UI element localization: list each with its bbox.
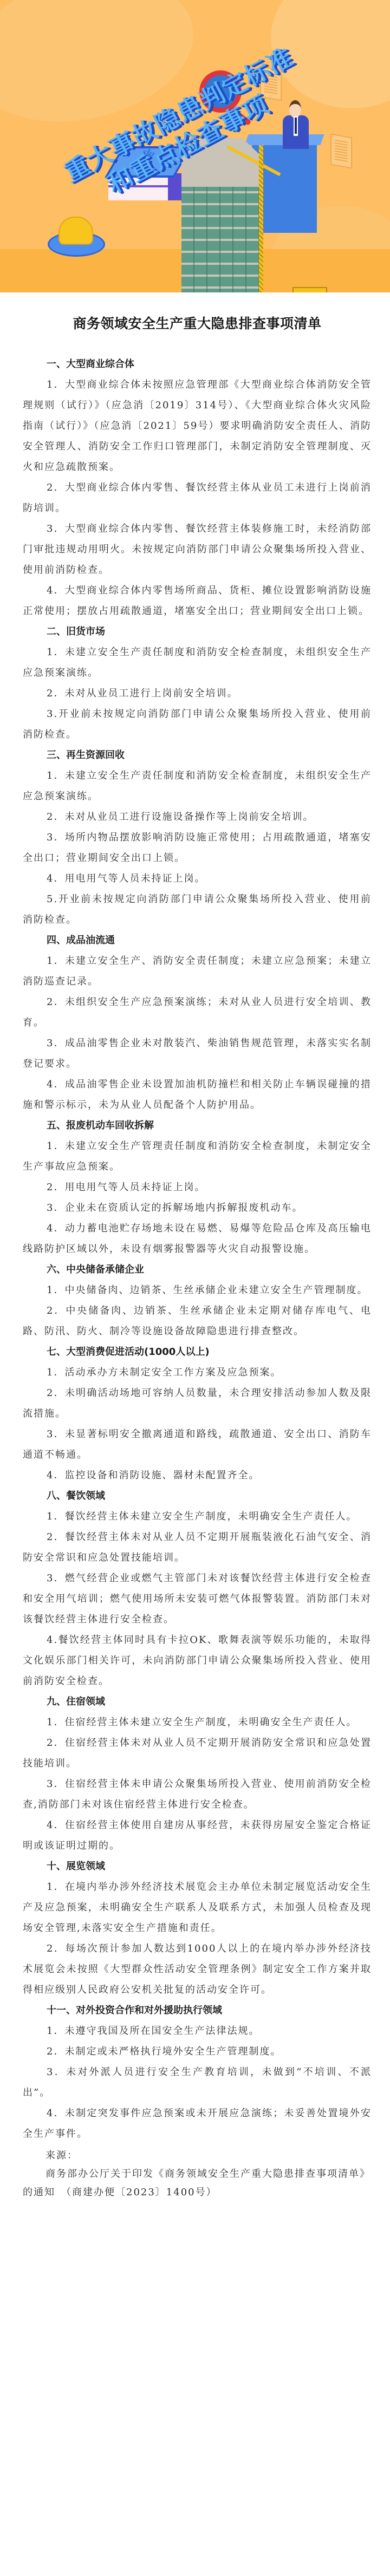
list-item: 2．住宿经营主体未对从业人员不定期开展消防安全常识和应急处置技能培训。	[23, 1733, 372, 1774]
list-item: 1．中央储备肉、边销茶、生丝承储企业未建立安全生产管理制度。	[23, 1280, 372, 1301]
building-icon	[181, 138, 263, 292]
list-item: 2．每场次预计参加人数达到1000人以上的在境内举办涉外经济技术展览会未按照《大…	[23, 1939, 372, 2000]
list-item: 3．大型商业综合体内零售、餐饮经营主体装修施工时，未经消防部门审批违规动用明火。…	[23, 519, 372, 581]
section-heading: 二、旧货市场	[23, 622, 372, 642]
list-item: 1．餐饮经营主体未建立安全生产制度，未明确安全生产责任人。	[23, 1507, 372, 1527]
list-item: 5.开业前未按规定向消防部门申请公众聚集场所投入营业、使用前消防检查。	[23, 889, 372, 930]
page-title: 商务领域安全生产重大隐患排查事项清单	[23, 292, 372, 354]
list-item: 2．未明确活动场地可容纳人员数量，未合理安排活动参加人数及限流措施。	[23, 1383, 372, 1424]
section: 十、展览领域1．在境内举办涉外经济技术展览会主办单位未制定展览活动安全生产及应急…	[23, 1856, 372, 2000]
list-item: 3．未对外派人员进行安全生产教育培训，未做到“不培训、不派出”。	[23, 2062, 372, 2103]
section-heading: 三、再生资源回收	[23, 745, 372, 766]
list-item: 1．活动承办方未制定安全工作方案及应急预案。	[23, 1362, 372, 1383]
section: 八、餐饮领域1．餐饮经营主体未建立安全生产制度，未明确安全生产责任人。2．餐饮经…	[23, 1486, 372, 1692]
list-item: 3．住宿经营主体未申请公众聚集场所投入营业、使用前消防安全检查,消防部门未对该住…	[23, 1774, 372, 1815]
list-item: 3.开业前未按规定向消防部门申请公众聚集场所投入营业、使用前消防检查。	[23, 704, 372, 745]
list-item: 1．未遵守我国及所在国安全生产法律法规。	[23, 2021, 372, 2042]
section-heading: 七、大型消费促进活动(1000人以上)	[23, 1342, 372, 1362]
section-heading: 四、成品油流通	[23, 930, 372, 951]
list-item: 2．餐饮经营主体未对从业人员不定期开展瓶装液化石油气安全、消防安全常识和应急处置…	[23, 1527, 372, 1568]
section-heading: 六、中央储备承储企业	[23, 1260, 372, 1280]
list-item: 2．未制定或未严格执行境外安全生产管理制度。	[23, 2042, 372, 2062]
section: 九、住宿领域1．住宿经营主体未建立安全生产制度，未明确安全生产责任人。2．住宿经…	[23, 1692, 372, 1856]
list-item: 1．住宿经营主体未建立安全生产制度，未明确安全生产责任人。	[23, 1712, 372, 1733]
list-item: 1．未建立安全生产管理责任制度和消防安全检查制度，未制定安全生产事故应急预案。	[23, 1136, 372, 1177]
list-item: 4．住宿经营主体使用自建房从事经营，未获得房屋安全鉴定合格证明或该证明过期的。	[23, 1815, 372, 1856]
helmet-icon	[48, 217, 102, 251]
list-item: 4.餐饮经营主体同时具有卡拉OK、歌舞表演等娱乐功能的，未取得文化娱乐部门相关许…	[23, 1630, 372, 1692]
source-citation: 商务部办公厅关于印发《商务领域安全生产重大隐患排查事项清单》的通知 （商建办便〔…	[23, 2165, 372, 2202]
list-item: 1．未建立安全生产、消防安全责任制度；未建立应急预案；未建立消防巡查记录。	[23, 951, 372, 992]
list-item: 2．未组织安全生产应急预案演练；未对从业人员进行安全培训、教育。	[23, 992, 372, 1033]
list-item: 4．未制定突发事件应急预案或未开展应急演练；未妥善处置境外安全生产事件。	[23, 2103, 372, 2144]
list-item: 2．未对从业员工进行上岗前安全培训。	[23, 683, 372, 704]
list-item: 3．企业未在资质认定的拆解场地内拆解报废机动车。	[23, 1198, 372, 1218]
list-item: 4．用电用气等人员未持证上岗。	[23, 869, 372, 889]
excavator-icon	[292, 287, 327, 292]
section-heading: 一、大型商业综合体	[23, 354, 372, 375]
crane-mast	[259, 145, 263, 292]
list-item: 2．未对从业员工进行设施设备操作等上岗前安全培训。	[23, 807, 372, 827]
list-item: 1．大型商业综合体未按照应急管理部《大型商业综合体消防安全管理规则（试行）》（应…	[23, 375, 372, 478]
list-item: 2．用电用气等人员未持证上岗。	[23, 1177, 372, 1198]
list-item: 3．燃气经营企业或燃气主管部门未对该餐饮经营主体进行安全检查和安全用气培训；燃气…	[23, 1568, 372, 1630]
list-item: 3．成品油零售企业未对散装汽、柴油销售规范管理，未落实实名制登记要求。	[23, 1033, 372, 1074]
section: 五、报废机动车回收拆解1．未建立安全生产管理责任制度和消防安全检查制度，未制定安…	[23, 1116, 372, 1260]
section-heading: 八、餐饮领域	[23, 1486, 372, 1507]
list-item: 2．大型商业综合体内零售、餐饮经营主体从业员工未进行上岗前消防培训。	[23, 478, 372, 519]
section: 七、大型消费促进活动(1000人以上)1．活动承办方未制定安全工作方案及应急预案…	[23, 1342, 372, 1486]
section: 四、成品油流通1．未建立安全生产、消防安全责任制度；未建立应急预案；未建立消防巡…	[23, 930, 372, 1116]
list-item: 2．中央储备肉、边销茶、生丝承储企业未定期对储存库电气、电路、防汛、防火、制冷等…	[23, 1301, 372, 1342]
list-item: 3．场所内物品摆放影响消防设施正常使用；占用疏散通道，堵塞安全出口；营业期间安全…	[23, 827, 372, 869]
section-heading: 五、报废机动车回收拆解	[23, 1116, 372, 1136]
list-item: 1．未建立安全生产责任制度和消防安全检查制度，未组织安全生产应急预案演练。	[23, 642, 372, 683]
sections-list: 一、大型商业综合体1．大型商业综合体未按照应急管理部《大型商业综合体消防安全管理…	[23, 354, 372, 2144]
list-item: 1．未建立安全生产责任制度和消防安全检查制度，未组织安全生产应急预案演练。	[23, 766, 372, 807]
list-item: 3．未显著标明安全撤离通道和路线，疏散通道、安全出口、消防车通道不畅通。	[23, 1424, 372, 1465]
section-heading: 十一、对外投资合作和对外援助执行领域	[23, 2000, 372, 2021]
section: 二、旧货市场1．未建立安全生产责任制度和消防安全检查制度，未组织安全生产应急预案…	[23, 622, 372, 745]
section-heading: 十、展览领域	[23, 1856, 372, 1877]
source-label: 来源：	[23, 2147, 372, 2165]
section: 三、再生资源回收1．未建立安全生产责任制度和消防安全检查制度，未组织安全生产应急…	[23, 745, 372, 930]
section-heading: 九、住宿领域	[23, 1692, 372, 1712]
document-icon	[330, 133, 352, 168]
section: 十一、对外投资合作和对外援助执行领域1．未遵守我国及所在国安全生产法律法规。2．…	[23, 2000, 372, 2144]
section: 一、大型商业综合体1．大型商业综合体未按照应急管理部《大型商业综合体消防安全管理…	[23, 354, 372, 622]
hero-banner: 安全 重大事故隐患判定标准 和重点检查事项	[0, 0, 390, 292]
section: 六、中央储备承储企业1．中央储备肉、边销茶、生丝承储企业未建立安全生产管理制度。…	[23, 1260, 372, 1342]
document-body: 商务领域安全生产重大隐患排查事项清单 一、大型商业综合体1．大型商业综合体未按照…	[0, 292, 390, 2223]
list-item: 4．动力蓄电池贮存场地未设在易燃、易爆等危险品仓库及高压输电线路防护区域以外，未…	[23, 1218, 372, 1260]
list-item: 4．成品油零售企业未设置加油机防撞栏和相关防止车辆误碰撞的措施和警示标示，未为从…	[23, 1074, 372, 1116]
list-item: 4．大型商业综合体内零售场所商品、货柜、摊位设置影响消防设施正常使用；摆放占用疏…	[23, 581, 372, 622]
list-item: 1．在境内举办涉外经济技术展览会主办单位未制定展览活动安全生产及应急预案，未明确…	[23, 1877, 372, 1939]
list-item: 4．监控设备和消防设施、器材未配置齐全。	[23, 1465, 372, 1486]
